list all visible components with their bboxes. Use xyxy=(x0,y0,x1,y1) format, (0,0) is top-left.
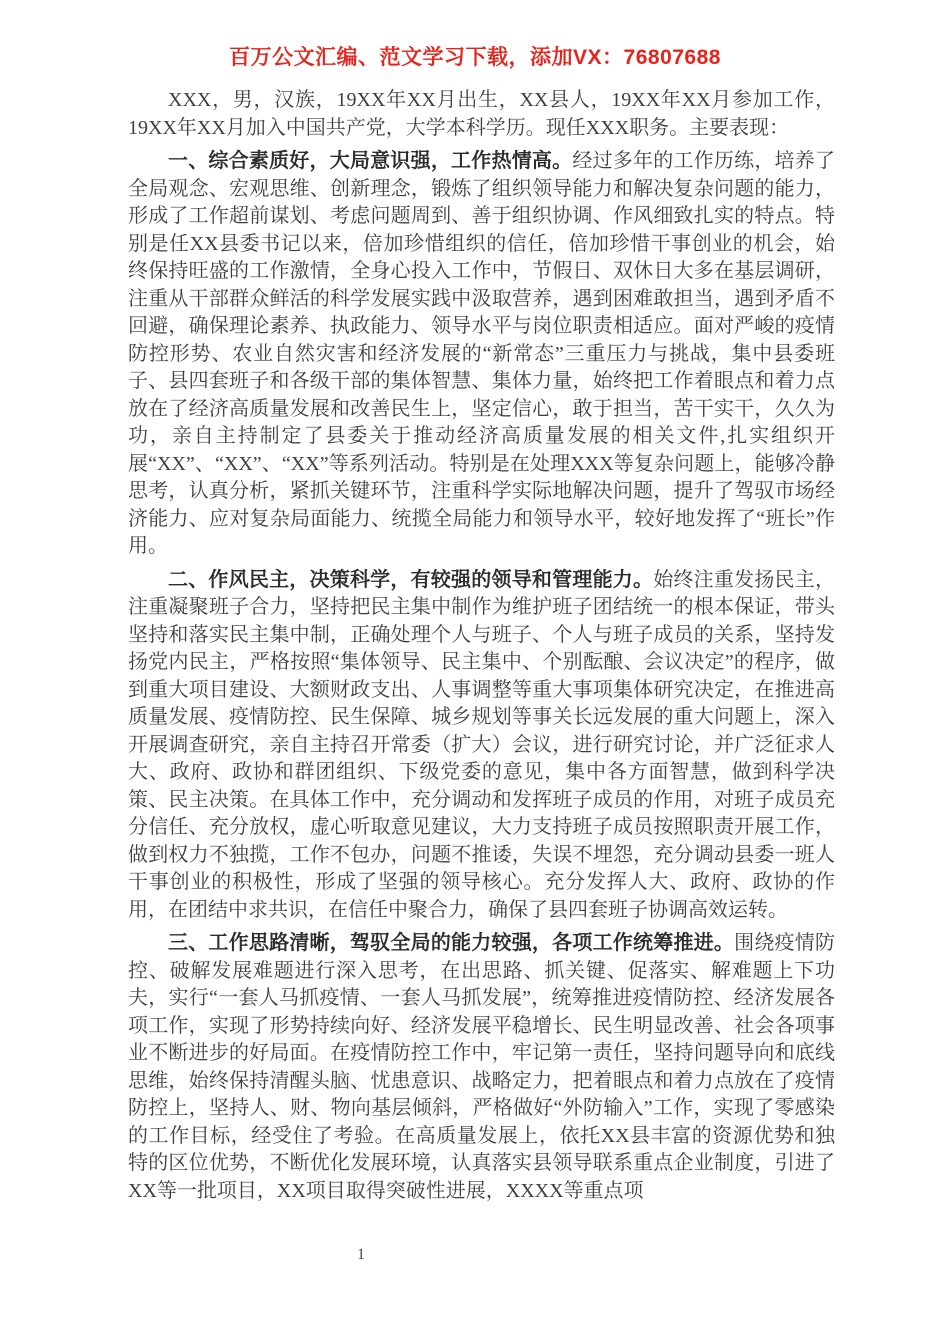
promo-text: 百万公文汇编、范文学习下载，添加VX：76807688 xyxy=(229,46,721,69)
section-2-text: 始终注重发扬民主，注重凝聚班子合力，坚持把民主集中制作为维护班子团结统一的根本保… xyxy=(128,569,835,921)
promo-header: 百万公文汇编、范文学习下载，添加VX：76807688 xyxy=(0,0,950,72)
section-paragraph-3: 三、工作思路清晰，驾驭全局的能力较强，各项工作统筹推进。围绕疫情防控、破解发展难… xyxy=(128,930,835,1205)
intro-paragraph: XXX，男，汉族，19XX年XX月出生，XX县人，19XX年XX月参加工作，19… xyxy=(128,87,835,142)
section-3-heading: 三、工作思路清晰，驾驭全局的能力较强，各项工作统筹推进。 xyxy=(168,932,734,954)
document-page: 百万公文汇编、范文学习下载，添加VX：76807688 XXX，男，汉族，19X… xyxy=(0,0,950,1344)
document-body: XXX，男，汉族，19XX年XX月出生，XX县人，19XX年XX月参加工作，19… xyxy=(128,87,835,1205)
section-paragraph-1: 一、综合素质好，大局意识强，工作热情高。经过多年的工作历练，培养了全局观念、宏观… xyxy=(128,148,835,561)
page-footer: 1 xyxy=(357,1245,365,1265)
section-1-text: 经过多年的工作历练，培养了全局观念、宏观思维、创新理念，锻炼了组织领导能力和解决… xyxy=(128,150,835,557)
section-3-text: 围绕疫情防控、破解发展难题进行深入思考，在出思路、抓关键、促落实、解难题上下功夫… xyxy=(128,932,835,1202)
section-2-heading: 二、作风民主，决策科学，有较强的领导和管理能力。 xyxy=(168,569,653,591)
page-number: 1 xyxy=(357,1246,365,1263)
section-1-heading: 一、综合素质好，大局意识强，工作热情高。 xyxy=(168,150,572,172)
section-paragraph-2: 二、作风民主，决策科学，有较强的领导和管理能力。始终注重发扬民主，注重凝聚班子合… xyxy=(128,567,835,925)
